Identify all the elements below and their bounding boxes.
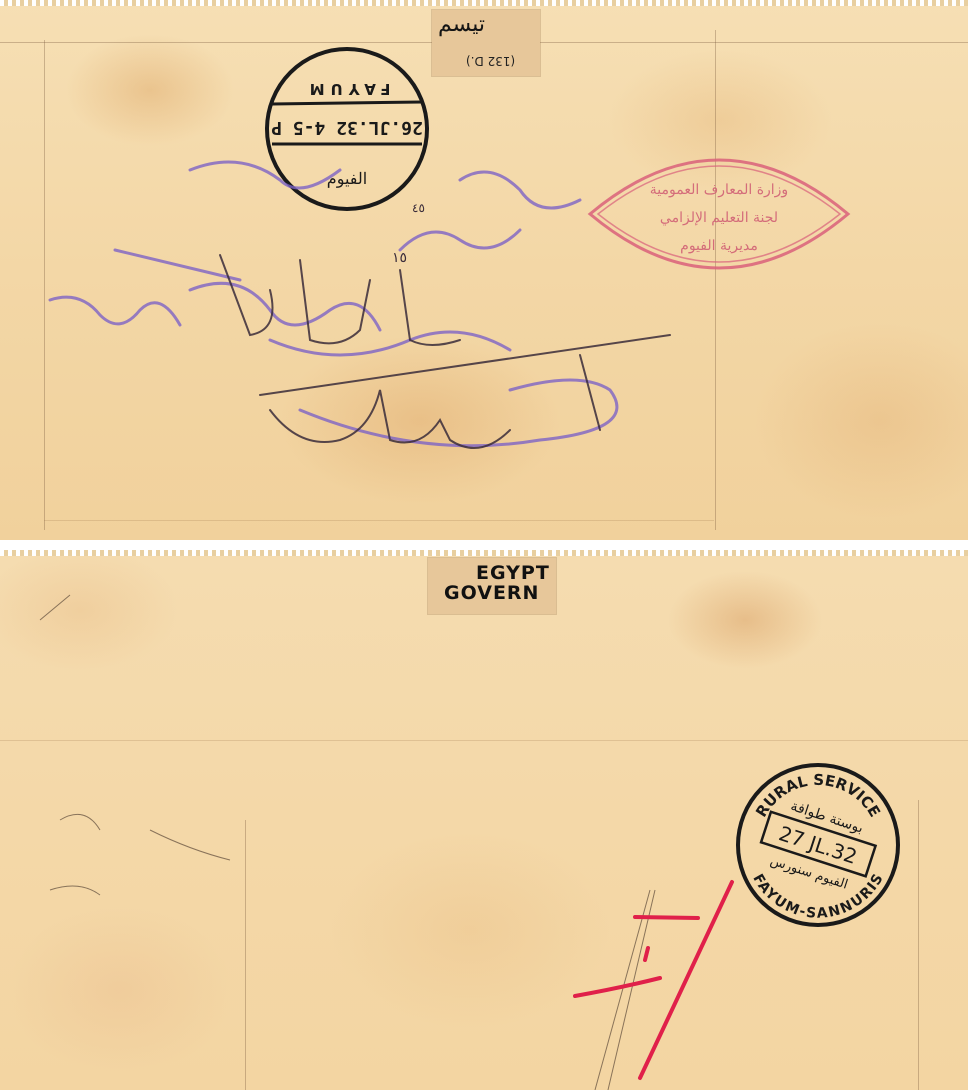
label-arabic-text: تيسم: [438, 12, 485, 37]
perforated-edge: [0, 550, 968, 556]
handwritten-numeral: ١٥: [392, 250, 407, 266]
red-crayon-mark: [560, 870, 760, 1090]
paper-creases: [40, 570, 260, 910]
registration-label: تيسم (132 D.): [432, 10, 540, 76]
handwritten-address: ١٥ ٤٥: [40, 140, 700, 460]
fold-line: [44, 520, 714, 521]
label-line-1: EGYPT: [476, 562, 550, 584]
government-label: EGYPT GOVERN: [428, 558, 556, 614]
label-line-2: GOVERN: [444, 582, 539, 604]
document-back-top: تيسم (132 D.) 26.JL.32 4-5 P FAYUM الفيو…: [0, 0, 968, 540]
postmark-date: 26.JL.32 4-5 P: [271, 117, 423, 138]
handwritten-numeral: ٤٥: [412, 201, 425, 215]
label-number: (132 D.): [466, 54, 515, 68]
fold-line: [918, 800, 919, 1090]
postmark-town: FAYUM: [304, 80, 391, 98]
perforated-edge: [0, 0, 968, 6]
document-back-bottom: EGYPT GOVERN RURAL SERVICE FAYUM-SANNURI…: [0, 550, 968, 1090]
